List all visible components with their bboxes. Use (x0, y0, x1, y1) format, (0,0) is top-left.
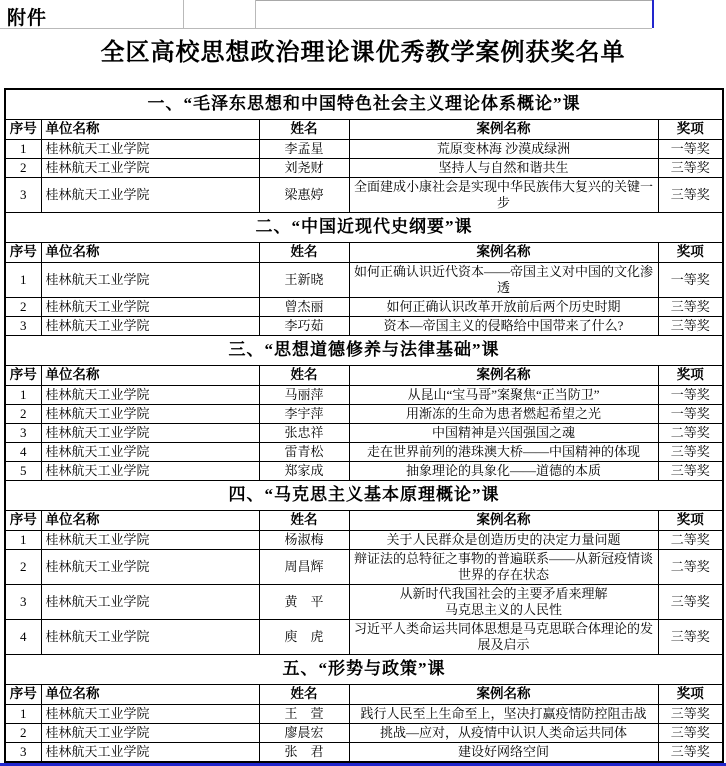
cell-case-name: 资本—帝国主义的侵略给中国带来了什么? (349, 316, 658, 335)
cell-index: 1 (5, 262, 41, 297)
cell-unit-name: 桂林航天工业学院 (41, 530, 259, 549)
cell-case-name: 中国精神是兴国强国之魂 (349, 423, 658, 442)
cell-person-name: 王新晓 (259, 262, 349, 297)
cell-person-name: 马丽萍 (259, 385, 349, 404)
cell-award: 三等奖 (658, 742, 723, 762)
column-header: 案例名称 (349, 119, 658, 139)
cell-case-name: 坚持人与自然和谐共生 (349, 158, 658, 177)
table-header-row: 序号单位名称姓名案例名称奖项 (5, 242, 723, 262)
cell-unit-name: 桂林航天工业学院 (41, 262, 259, 297)
column-header: 单位名称 (41, 365, 259, 385)
column-header: 奖项 (658, 242, 723, 262)
section-band-row: 四、“马克思主义基本原理概论”课 (5, 480, 723, 510)
cell-case-name: 习近平人类命运共同体思想是马克思联合体理论的发展及启示 (349, 619, 658, 654)
column-header: 姓名 (259, 684, 349, 704)
cell-unit-name: 桂林航天工业学院 (41, 619, 259, 654)
cell-award: 三等奖 (658, 704, 723, 723)
cell-person-name: 刘尧财 (259, 158, 349, 177)
cell-award: 一等奖 (658, 385, 723, 404)
cell-unit-name: 桂林航天工业学院 (41, 742, 259, 762)
section-band-row: 五、“形势与政策”课 (5, 654, 723, 684)
cell-unit-name: 桂林航天工业学院 (41, 723, 259, 742)
column-header: 单位名称 (41, 684, 259, 704)
cell-index: 2 (5, 404, 41, 423)
cell-index: 3 (5, 742, 41, 762)
cell-award: 二等奖 (658, 530, 723, 549)
column-header: 序号 (5, 510, 41, 530)
column-header: 序号 (5, 119, 41, 139)
cell-case-name: 挑战—应对，从疫情中认识人类命运共同体 (349, 723, 658, 742)
gridline-top-horizontal (255, 0, 652, 1)
cell-index: 4 (5, 442, 41, 461)
cell-index: 4 (5, 619, 41, 654)
section-heading: 二、“中国近现代史纲要”课 (5, 212, 723, 242)
cell-unit-name: 桂林航天工业学院 (41, 297, 259, 316)
cell-index: 1 (5, 139, 41, 158)
section-band-row: 三、“思想道德修养与法律基础”课 (5, 335, 723, 365)
cell-award: 三等奖 (658, 584, 723, 619)
cell-unit-name: 桂林航天工业学院 (41, 158, 259, 177)
table-header-row: 序号单位名称姓名案例名称奖项 (5, 119, 723, 139)
cell-award: 三等奖 (658, 723, 723, 742)
cell-person-name: 李巧茹 (259, 316, 349, 335)
column-header: 单位名称 (41, 510, 259, 530)
cell-award: 三等奖 (658, 158, 723, 177)
column-header: 姓名 (259, 242, 349, 262)
table-row: 1桂林航天工业学院杨淑梅关于人民群众是创造历史的决定力量问题二等奖 (5, 530, 723, 549)
cell-case-name: 从昆山“宝马哥”案聚焦“正当防卫” (349, 385, 658, 404)
table-row: 1桂林航天工业学院王新晓如何正确认识近代资本——帝国主义对中国的文化渗透一等奖 (5, 262, 723, 297)
cell-unit-name: 桂林航天工业学院 (41, 385, 259, 404)
column-header: 奖项 (658, 684, 723, 704)
cell-unit-name: 桂林航天工业学院 (41, 584, 259, 619)
cell-award: 三等奖 (658, 442, 723, 461)
gridline-vertical-2 (255, 0, 256, 28)
cell-award: 二等奖 (658, 423, 723, 442)
table-row: 3桂林航天工业学院李巧茹资本—帝国主义的侵略给中国带来了什么?三等奖 (5, 316, 723, 335)
cell-person-name: 杨淑梅 (259, 530, 349, 549)
table-row: 3桂林航天工业学院梁惠婷全面建成小康社会是实现中华民族伟大复兴的关键一步三等奖 (5, 177, 723, 212)
cell-award: 三等奖 (658, 316, 723, 335)
table-row: 3桂林航天工业学院张 君建设好网络空间三等奖 (5, 742, 723, 762)
cell-index: 2 (5, 158, 41, 177)
cell-person-name: 周昌辉 (259, 549, 349, 584)
cell-index: 1 (5, 530, 41, 549)
column-header: 单位名称 (41, 119, 259, 139)
cell-index: 1 (5, 704, 41, 723)
cell-person-name: 梁惠婷 (259, 177, 349, 212)
cell-index: 2 (5, 723, 41, 742)
cell-index: 2 (5, 297, 41, 316)
table-row: 2桂林航天工业学院廖晨宏挑战—应对，从疫情中认识人类命运共同体三等奖 (5, 723, 723, 742)
gridline-vertical-1 (183, 0, 184, 28)
table-row: 4桂林航天工业学院庾 虎习近平人类命运共同体思想是马克思联合体理论的发展及启示三… (5, 619, 723, 654)
cell-person-name: 张 君 (259, 742, 349, 762)
cell-award: 一等奖 (658, 262, 723, 297)
cell-index: 3 (5, 316, 41, 335)
table-header-row: 序号单位名称姓名案例名称奖项 (5, 510, 723, 530)
attachment-label: 附件 (7, 3, 47, 30)
column-header: 案例名称 (349, 242, 658, 262)
cell-case-name: 关于人民群众是创造历史的决定力量问题 (349, 530, 658, 549)
cell-index: 3 (5, 584, 41, 619)
cell-person-name: 雷青松 (259, 442, 349, 461)
table-header-row: 序号单位名称姓名案例名称奖项 (5, 365, 723, 385)
cell-person-name: 张忠祥 (259, 423, 349, 442)
cell-person-name: 廖晨宏 (259, 723, 349, 742)
section-heading: 一、“毛泽东思想和中国特色社会主义理论体系概论”课 (5, 89, 723, 119)
cell-case-name: 践行人民至上生命至上，坚决打赢疫情防控阻击战 (349, 704, 658, 723)
cell-index: 1 (5, 385, 41, 404)
document-page: 附件 全区高校思想政治理论课优秀教学案例获奖名单 一、“毛泽东思想和中国特色社会… (0, 0, 726, 766)
cell-unit-name: 桂林航天工业学院 (41, 442, 259, 461)
section-heading: 四、“马克思主义基本原理概论”课 (5, 480, 723, 510)
column-header: 案例名称 (349, 684, 658, 704)
cell-case-name: 全面建成小康社会是实现中华民族伟大复兴的关键一步 (349, 177, 658, 212)
cell-award: 三等奖 (658, 461, 723, 480)
column-header: 序号 (5, 242, 41, 262)
cell-index: 2 (5, 549, 41, 584)
column-header: 姓名 (259, 365, 349, 385)
awards-table: 一、“毛泽东思想和中国特色社会主义理论体系概论”课序号单位名称姓名案例名称奖项1… (4, 88, 724, 763)
cell-person-name: 郑家成 (259, 461, 349, 480)
column-header: 奖项 (658, 510, 723, 530)
table-row: 3桂林航天工业学院张忠祥中国精神是兴国强国之魂二等奖 (5, 423, 723, 442)
table-row: 2桂林航天工业学院李宇萍用渐冻的生命为患者燃起希望之光一等奖 (5, 404, 723, 423)
awards-table-container: 一、“毛泽东思想和中国特色社会主义理论体系概论”课序号单位名称姓名案例名称奖项1… (4, 88, 722, 763)
cell-case-name: 如何正确认识近代资本——帝国主义对中国的文化渗透 (349, 262, 658, 297)
cell-person-name: 黄 平 (259, 584, 349, 619)
cell-award: 三等奖 (658, 619, 723, 654)
cell-index: 3 (5, 177, 41, 212)
table-header-row: 序号单位名称姓名案例名称奖项 (5, 684, 723, 704)
column-header: 奖项 (658, 119, 723, 139)
cell-person-name: 李宇萍 (259, 404, 349, 423)
cell-unit-name: 桂林航天工业学院 (41, 423, 259, 442)
cell-case-name: 荒原变林海 沙漠成绿洲 (349, 139, 658, 158)
section-band-row: 二、“中国近现代史纲要”课 (5, 212, 723, 242)
cell-unit-name: 桂林航天工业学院 (41, 316, 259, 335)
table-row: 2桂林航天工业学院周昌辉辩证法的总特征之事物的普遍联系——从新冠疫情谈世界的存在… (5, 549, 723, 584)
cell-award: 一等奖 (658, 139, 723, 158)
table-row: 1桂林航天工业学院马丽萍从昆山“宝马哥”案聚焦“正当防卫”一等奖 (5, 385, 723, 404)
cell-case-name: 辩证法的总特征之事物的普遍联系——从新冠疫情谈世界的存在状态 (349, 549, 658, 584)
cell-case-name: 如何正确认识改革开放前后两个历史时期 (349, 297, 658, 316)
table-row: 1桂林航天工业学院李孟星荒原变林海 沙漠成绿洲一等奖 (5, 139, 723, 158)
cell-case-name: 用渐冻的生命为患者燃起希望之光 (349, 404, 658, 423)
table-row: 5桂林航天工业学院郑家成抽象理论的具象化——道德的本质三等奖 (5, 461, 723, 480)
cell-case-name: 建设好网络空间 (349, 742, 658, 762)
table-row: 2桂林航天工业学院曾杰丽如何正确认识改革开放前后两个历史时期三等奖 (5, 297, 723, 316)
cell-unit-name: 桂林航天工业学院 (41, 139, 259, 158)
table-row: 4桂林航天工业学院雷青松走在世界前列的港珠澳大桥——中国精神的体现三等奖 (5, 442, 723, 461)
column-header: 案例名称 (349, 510, 658, 530)
cell-unit-name: 桂林航天工业学院 (41, 461, 259, 480)
cell-person-name: 曾杰丽 (259, 297, 349, 316)
section-heading: 五、“形势与政策”课 (5, 654, 723, 684)
table-row: 1桂林航天工业学院王 萱践行人民至上生命至上，坚决打赢疫情防控阻击战三等奖 (5, 704, 723, 723)
column-header: 序号 (5, 365, 41, 385)
cell-award: 三等奖 (658, 297, 723, 316)
cell-unit-name: 桂林航天工业学院 (41, 177, 259, 212)
cell-person-name: 王 萱 (259, 704, 349, 723)
cell-award: 一等奖 (658, 404, 723, 423)
column-header: 姓名 (259, 119, 349, 139)
cell-case-name: 从新时代我国社会的主要矛盾来理解 马克思主义的人民性 (349, 584, 658, 619)
cell-person-name: 李孟星 (259, 139, 349, 158)
cell-case-name: 走在世界前列的港珠澳大桥——中国精神的体现 (349, 442, 658, 461)
column-header: 单位名称 (41, 242, 259, 262)
page-break-line-vertical (652, 0, 654, 28)
table-row: 2桂林航天工业学院刘尧财坚持人与自然和谐共生三等奖 (5, 158, 723, 177)
section-heading: 三、“思想道德修养与法律基础”课 (5, 335, 723, 365)
gridline-horizontal (0, 28, 652, 29)
column-header: 姓名 (259, 510, 349, 530)
cell-unit-name: 桂林航天工业学院 (41, 404, 259, 423)
cell-award: 三等奖 (658, 177, 723, 212)
section-band-row: 一、“毛泽东思想和中国特色社会主义理论体系概论”课 (5, 89, 723, 119)
cell-unit-name: 桂林航天工业学院 (41, 704, 259, 723)
table-row: 3桂林航天工业学院黄 平从新时代我国社会的主要矛盾来理解 马克思主义的人民性三等… (5, 584, 723, 619)
cell-unit-name: 桂林航天工业学院 (41, 549, 259, 584)
page-title: 全区高校思想政治理论课优秀教学案例获奖名单 (0, 32, 726, 67)
column-header: 奖项 (658, 365, 723, 385)
cell-index: 5 (5, 461, 41, 480)
cell-person-name: 庾 虎 (259, 619, 349, 654)
column-header: 案例名称 (349, 365, 658, 385)
cell-index: 3 (5, 423, 41, 442)
cell-case-name: 抽象理论的具象化——道德的本质 (349, 461, 658, 480)
column-header: 序号 (5, 684, 41, 704)
cell-award: 二等奖 (658, 549, 723, 584)
